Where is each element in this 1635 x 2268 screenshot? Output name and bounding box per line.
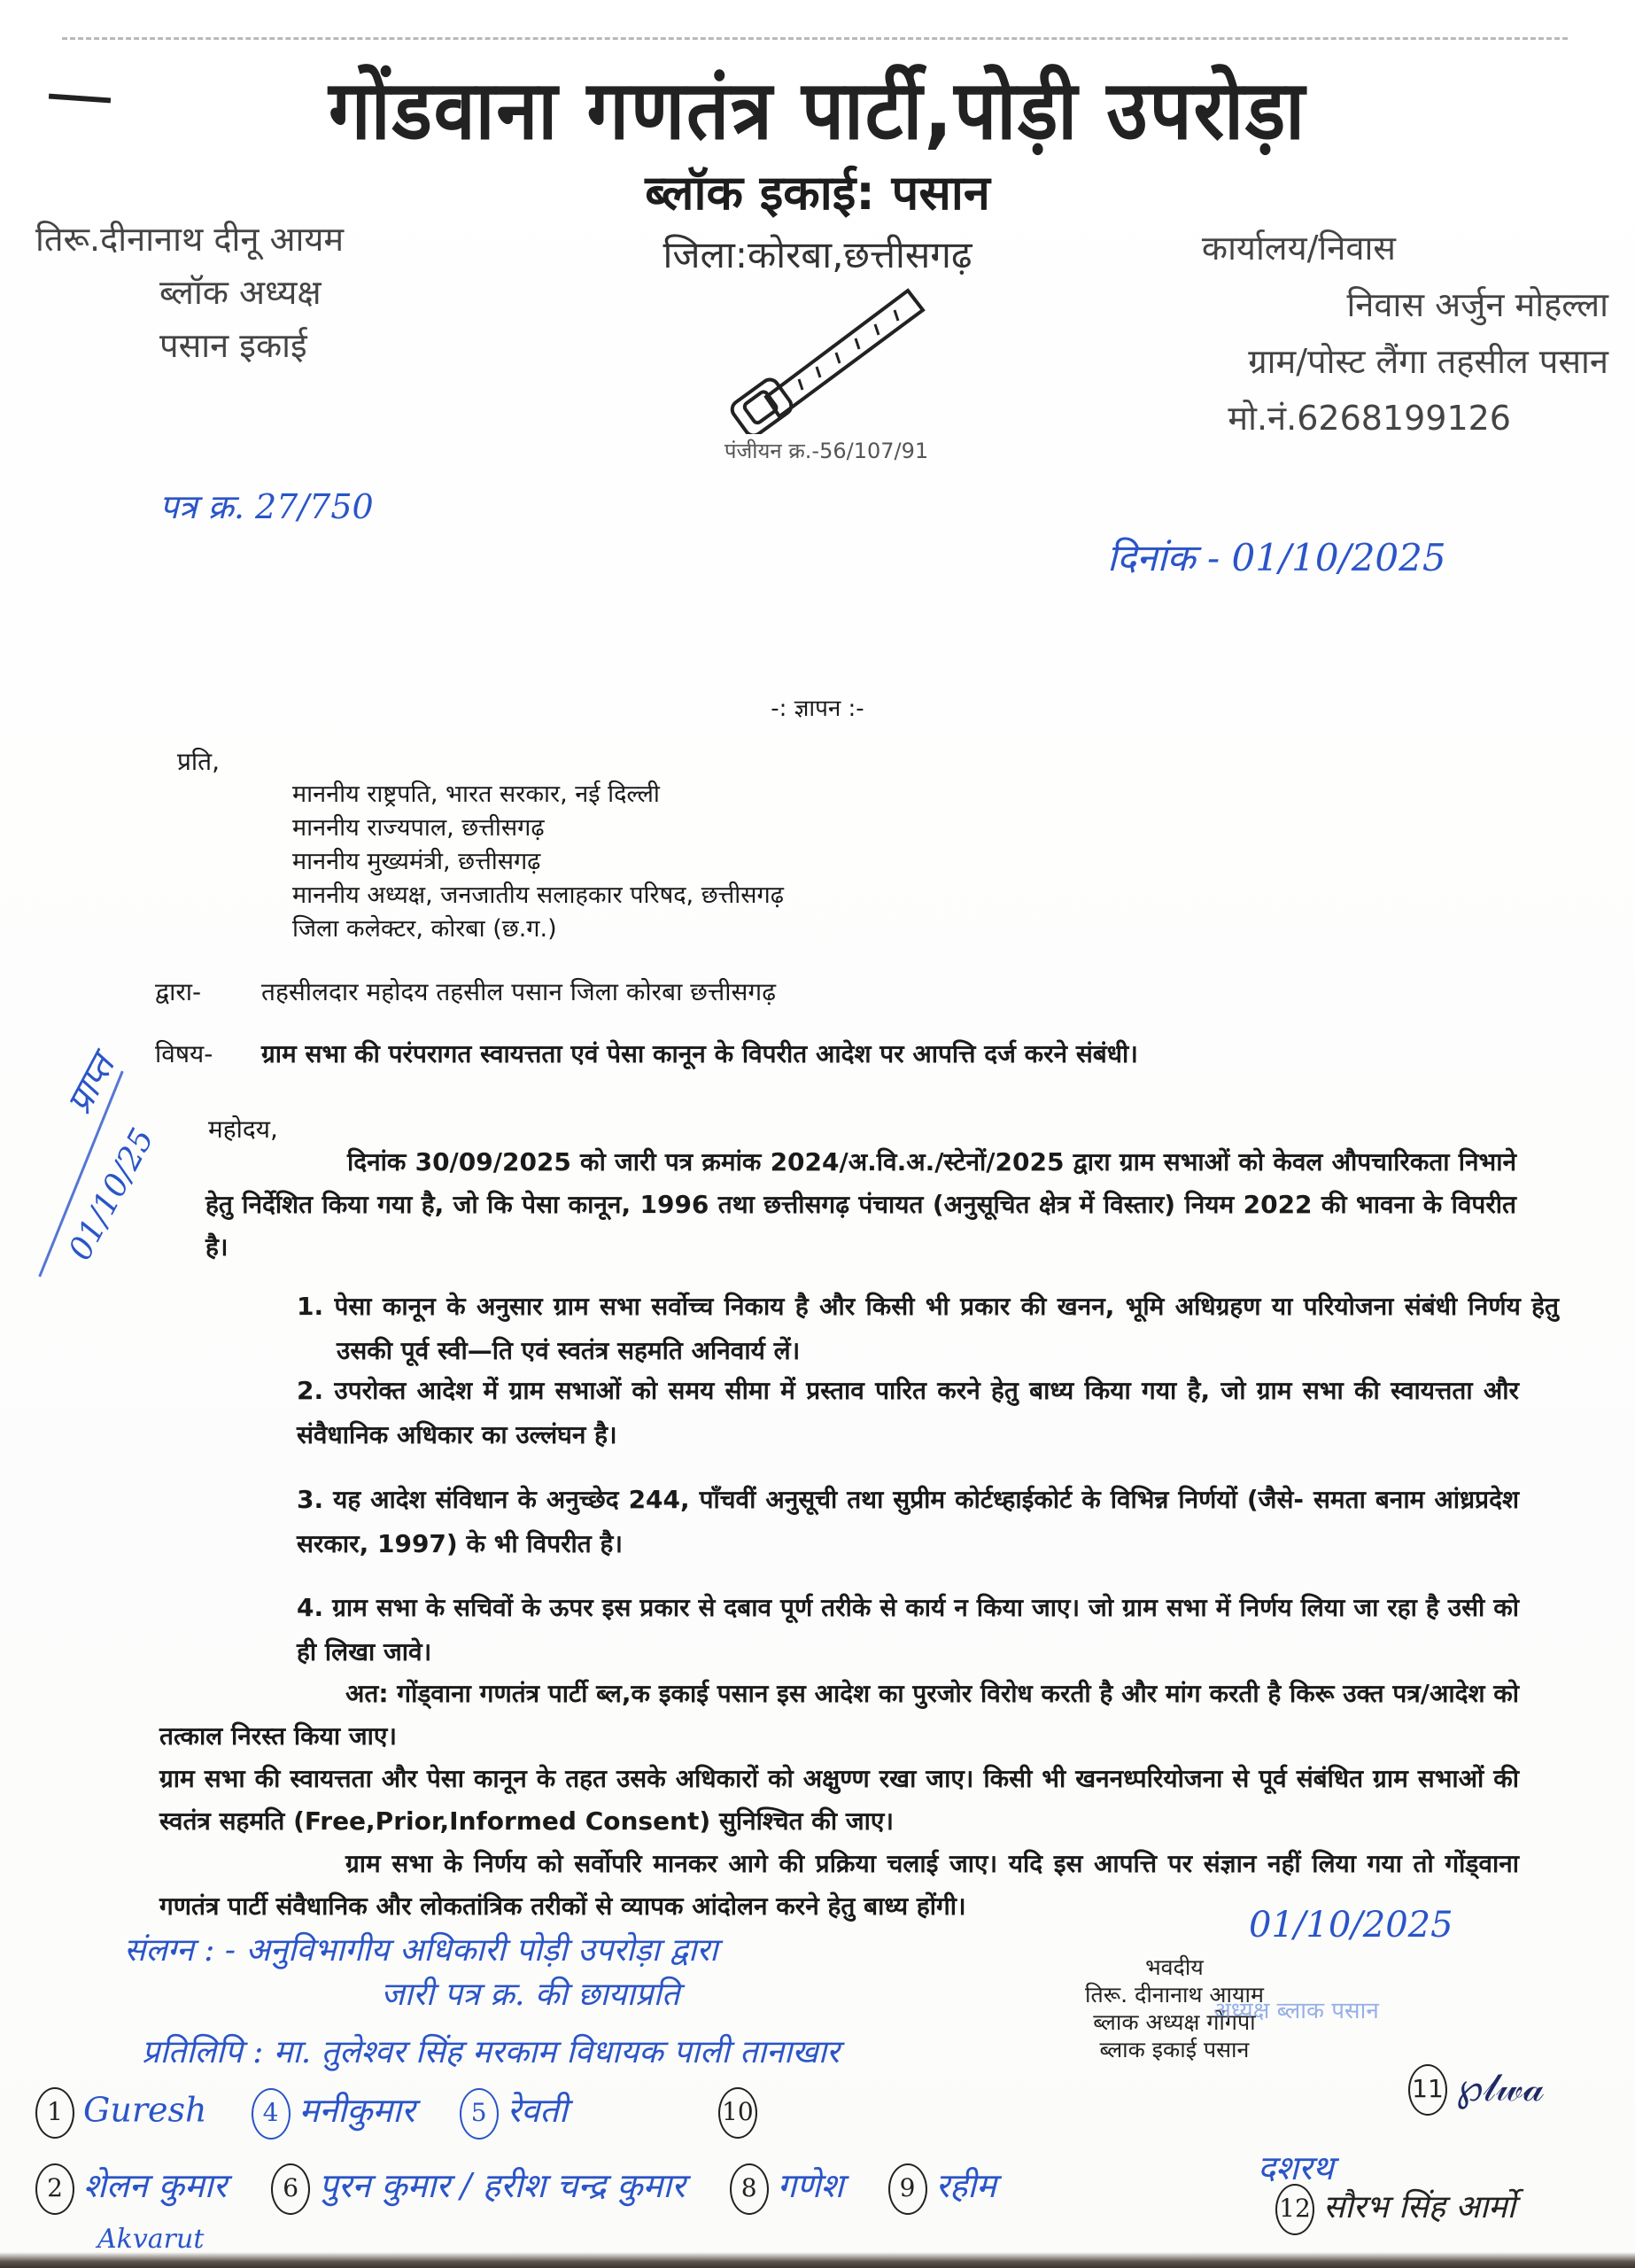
enclosure-line-2: जारी पत्र क्र. की छायाप्रति (381, 1971, 679, 2015)
signatory-name: Guresh (83, 2090, 206, 2129)
point-1: 1. पेसा कानून के अनुसार ग्राम सभा सर्वोच… (297, 1285, 1559, 1373)
top-dashed-line (62, 37, 1568, 43)
signatory-name: रहीम (936, 2166, 996, 2205)
yours-faithfully: भवदीय (1085, 1953, 1264, 1981)
signatory-entry: 6पुरन कुमार / हरीश चन्द्र कुमार (271, 2162, 685, 2215)
handwritten-letter-number: पत्र क्र. 27/750 (159, 483, 374, 529)
enclosure-label: संलग्न : (124, 1932, 214, 1969)
signatory-number: 1 (35, 2087, 74, 2139)
signatory-entry: 4मनीकुमार (252, 2086, 415, 2140)
signatory-number: 10 (718, 2087, 757, 2139)
office-label: कार्यालय/निवास (1202, 220, 1608, 276)
signatory-number: 8 (730, 2163, 769, 2215)
president-unit: पसान इकाई (35, 319, 344, 372)
recipient: जिला कलेक्टर, कोरबा (छ.ग.) (292, 913, 784, 946)
recipient: माननीय मुख्यमंत्री, छत्तीसगढ़ (292, 845, 784, 879)
recipient: माननीय राष्ट्रपति, भारत सरकार, नई दिल्ली (292, 778, 784, 812)
signatory-number: 2 (35, 2163, 74, 2215)
to-label: प्रति, (177, 744, 220, 778)
signatory-number: 9 (888, 2163, 927, 2215)
handwritten-letter-date: दिनांक - 01/10/2025 (1107, 532, 1446, 582)
point-2: 2. उपरोक्त आदेश में ग्राम सभाओं को समय स… (297, 1369, 1519, 1457)
extra-signature: Akvarut (97, 2224, 204, 2255)
recipient: माननीय राज्यपाल, छत्तीसगढ़ (292, 812, 784, 845)
signatories-row-1: 1Guresh 4मनीकुमार 5रेवती 10 (35, 2086, 800, 2140)
address-line-1: निवास अर्जुन मोहल्ला (1202, 276, 1608, 333)
through-value: तहसीलदार महोदय तहसील पसान जिला कोरबा छत्… (261, 975, 776, 1008)
signatory-name: शेलन कुमार (83, 2166, 227, 2205)
signatory-name: मनीकुमार (299, 2091, 415, 2130)
signatory-entry: 10 (718, 2087, 766, 2139)
closing-demand: अत: गोंड्वाना गणतंत्र पार्टी ब्ल,क इकाई … (159, 1673, 1519, 1758)
recipient: माननीय अध्यक्ष, जनजातीय सलाहकार परिषद, छ… (292, 879, 784, 913)
signatory-entry: 1Guresh (35, 2087, 206, 2139)
signatory-number: 6 (271, 2163, 310, 2215)
signatory-number: 12 (1275, 2184, 1314, 2235)
memorandum-page: गोंडवाना गणतंत्र पार्टी,पोड़ी उपरोड़ा ब्… (0, 0, 1635, 2268)
received-date: 01/10/25 (62, 1122, 161, 1266)
office-address-block: कार्यालय/निवास निवास अर्जुन मोहल्ला ग्रा… (1202, 220, 1608, 447)
subject-label: विषय- (155, 1037, 213, 1070)
signatory-entry: 2शेलन कुमार (35, 2162, 227, 2215)
signature-scribble: ℘𝓁𝓌𝒶 (1456, 2065, 1545, 2110)
closing-paragraphs: अत: गोंड्वाना गणतंत्र पार्टी ब्ल,क इकाई … (159, 1673, 1519, 1928)
signatory-name: गणेश (778, 2166, 844, 2205)
received-note: प्राप्त (53, 1045, 125, 1122)
point-3: 3. यह आदेश संविधान के अनुच्छेद 244, पाँच… (297, 1478, 1519, 1566)
signatory-number: 5 (460, 2088, 499, 2140)
copy-to-note: प्रतिलिपि : मा. तुलेश्वर सिंह मरकाम विधा… (142, 2029, 840, 2072)
signatories-row-2: 2शेलन कुमार 6पुरन कुमार / हरीश चन्द्र कु… (35, 2162, 1030, 2215)
signatory-entry-12: 12सौरभ सिंह आर्मो (1275, 2184, 1515, 2235)
signatory-name: रेवती (508, 2091, 568, 2130)
through-label: द्वारा- (155, 975, 201, 1008)
signatory-name: पुरन कुमार / हरीश चन्द्र कुमार (319, 2166, 685, 2205)
signatory-entry: 9रहीम (888, 2162, 996, 2215)
signatory-number: 4 (252, 2088, 291, 2140)
handwritten-signature-11: 11℘𝓁𝓌𝒶 (1408, 2064, 1545, 2116)
address-line-2: ग्राम/पोस्ट लैंगा तहसील पसान (1202, 333, 1608, 390)
signatory-number: 11 (1408, 2064, 1447, 2116)
table-surface-edge (0, 2252, 1635, 2268)
closing-rights: ग्राम सभा की स्वायत्तता और पेसा कानून के… (159, 1758, 1519, 1843)
signatory-name: सौरभ सिंह आर्मो (1323, 2189, 1515, 2225)
point-4: 4. ग्राम सभा के सचिवों के ऊपर इस प्रकार … (297, 1586, 1519, 1674)
enclosure-line-1: - अनुविभागीय अधिकारी पोड़ी उपरोड़ा द्वार… (225, 1932, 718, 1969)
subject-value: ग्राम सभा की परंपरागत स्वायत्तता एवं पेस… (261, 1037, 1138, 1070)
intro-paragraph: दिनांक 30/09/2025 को जारी पत्र क्रमांक 2… (205, 1141, 1516, 1269)
signatory-unit: ब्लाक इकाई पसान (1085, 2036, 1264, 2063)
party-name: गोंडवाना गणतंत्र पार्टी,पोड़ी उपरोड़ा (66, 51, 1569, 162)
enclosure-note: संलग्न : - अनुविभागीय अधिकारी पोड़ी उपरो… (124, 1927, 717, 1970)
recipient-list: माननीय राष्ट्रपति, भारत सरकार, नई दिल्ली… (292, 778, 784, 946)
mobile-number: मो.नं.6268199126 (1202, 390, 1608, 447)
signatory-entry: 5रेवती (460, 2086, 568, 2140)
memo-heading: -: ज्ञापन :- (0, 691, 1635, 723)
official-stamp: अध्यक्ष ब्लाक पसान (1213, 1993, 1379, 2025)
signature-date: 01/10/2025 (1249, 1905, 1453, 1946)
saw-icon (726, 283, 930, 434)
signatory-entry: 8गणेश (730, 2162, 844, 2215)
